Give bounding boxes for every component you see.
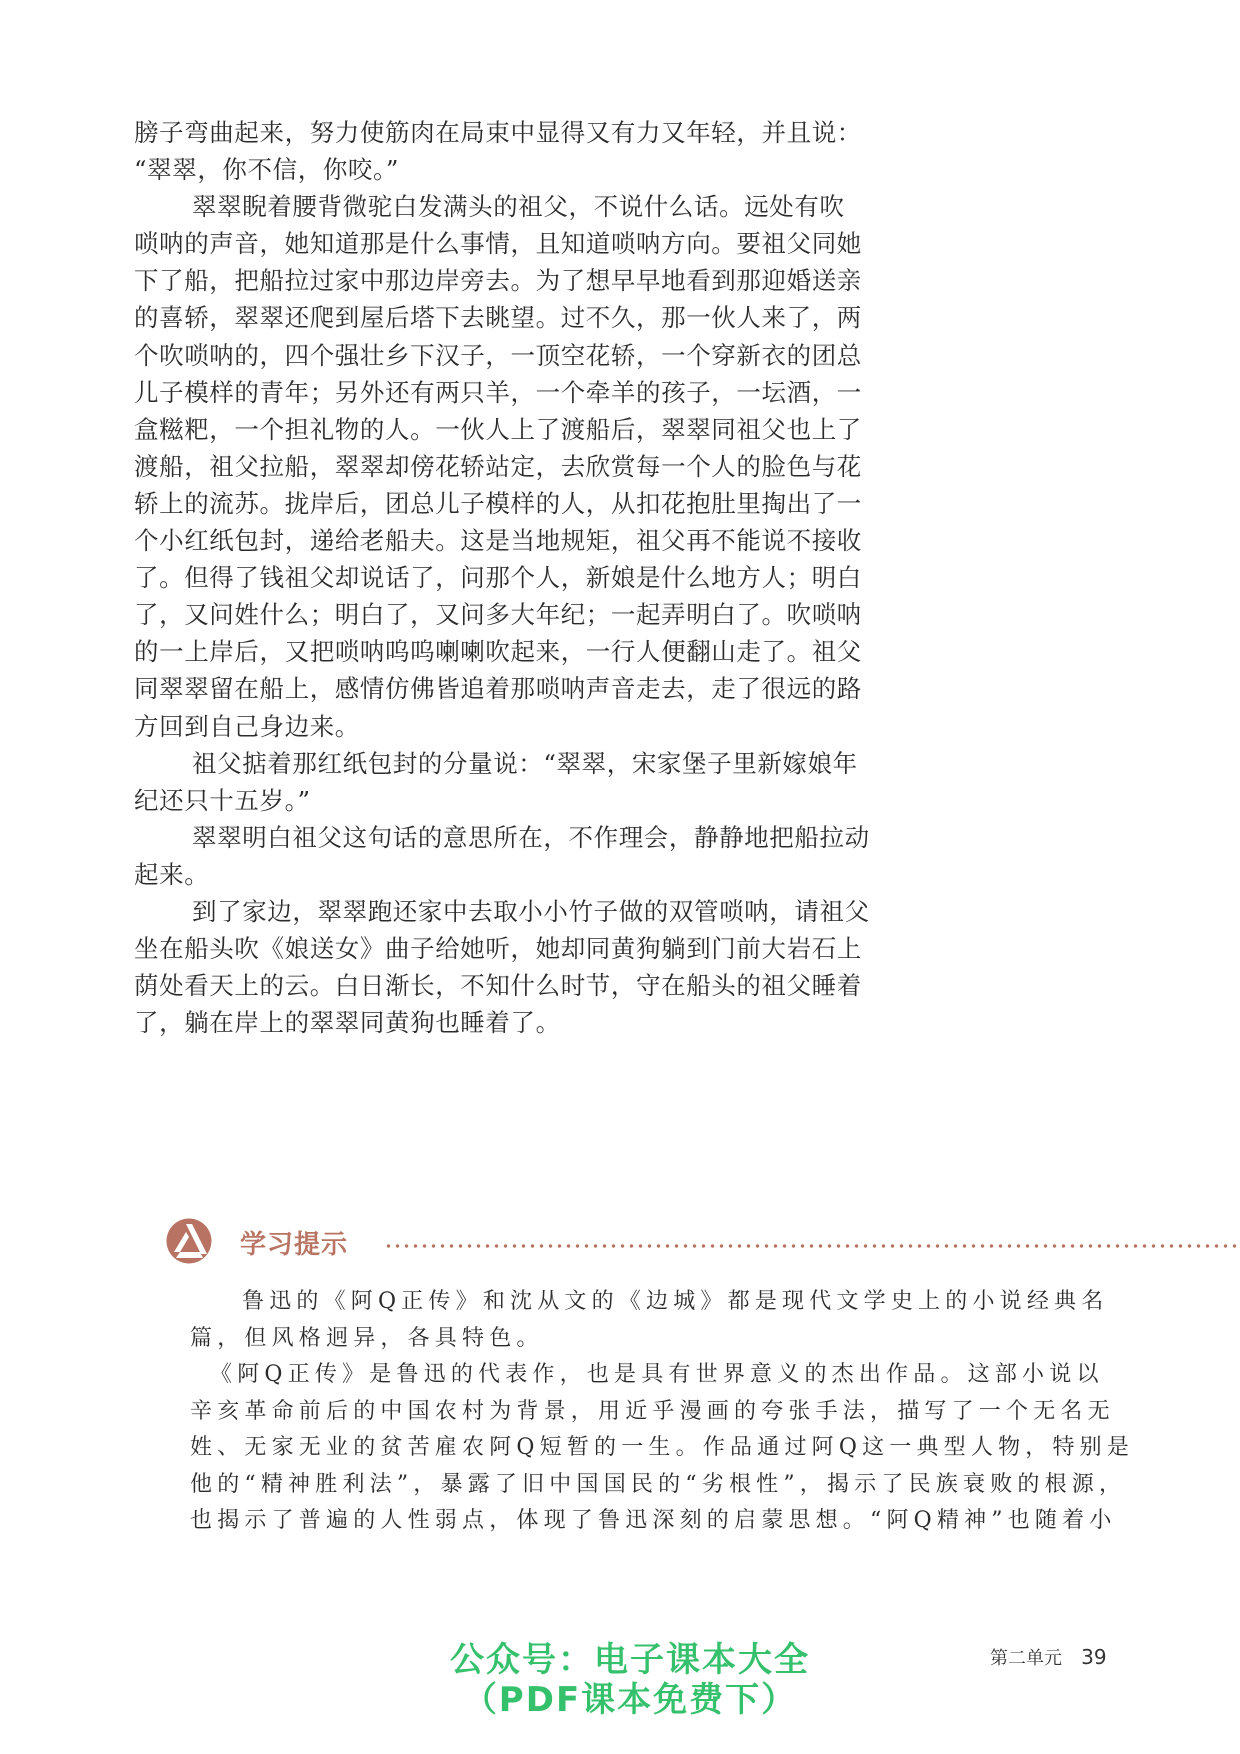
learning-tips-triangle-icon: [166, 1218, 212, 1264]
text-line: 的一上岸后，又把唢呐呜呜喇喇吹起来，一行人便翻山走了。祖父: [134, 633, 874, 670]
text-line: 膀子弯曲起来，努力使筋肉在局束中显得又有力又年轻，并且说：: [134, 114, 874, 151]
text-line: 了。但得了钱祖父却说话了，问那个人，新娘是什么地方人；明白: [134, 559, 874, 596]
text-line: 儿子模样的青年；另外还有两只羊，一个牵羊的孩子，一坛酒，一: [134, 374, 874, 411]
text-line: 个吹唢呐的，四个强壮乡下汉子，一顶空花轿，一个穿新衣的团总: [134, 337, 874, 374]
text-line: “翠翠，你不信，你咬。”: [134, 151, 874, 188]
text-line: 同翠翠留在船上，感情仿佛皆追着那唢呐声音走去，走了很远的路: [134, 670, 874, 707]
text-line: 了，躺在岸上的翠翠同黄狗也睡着了。: [134, 1004, 874, 1041]
learning-tips-header: 学习提示: [166, 1218, 1126, 1268]
text-line: 轿上的流苏。拢岸后，团总儿子模样的人，从扣花抱肚里掏出了一: [134, 485, 874, 522]
page-footer: 第二单元 39: [990, 1644, 1107, 1670]
dotted-divider: [384, 1244, 1240, 1248]
tips-line: 也揭示了普遍的人性弱点，体现了鲁迅深刻的启蒙思想。“阿Q精神”也随着小: [190, 1503, 1090, 1540]
text-line: 的喜轿，翠翠还爬到屋后塔下去眺望。过不久，那一伙人来了，两: [134, 299, 874, 336]
tips-line: 他的“精神胜利法”，暴露了旧中国国民的“劣根性”，揭示了民族衰败的根源，: [190, 1467, 1090, 1504]
text-line: 祖父掂着那红纸包封的分量说：“翠翠，宋家堡子里新嫁娘年: [134, 745, 874, 782]
text-line: 翠翠睨着腰背微驼白发满头的祖父，不说什么话。远处有吹: [134, 188, 874, 225]
story-excerpt: 膀子弯曲起来，努力使筋肉在局束中显得又有力又年轻，并且说： “翠翠，你不信，你咬…: [134, 114, 874, 1041]
text-line: 坐在船头吹《娘送女》曲子给她听，她却同黄狗躺到门前大岩石上: [134, 930, 874, 967]
text-line: 下了船，把船拉过家中那边岸旁去。为了想早早地看到那迎婚送亲: [134, 262, 874, 299]
tips-line: 鲁迅的《阿Q正传》和沈从文的《边城》都是现代文学史上的小说经典名: [190, 1284, 1090, 1321]
text-line: 方回到自己身边来。: [134, 708, 874, 745]
text-line: 了，又问姓什么；明白了，又问多大年纪；一起弄明白了。吹唢呐: [134, 596, 874, 633]
textbook-page: 膀子弯曲起来，努力使筋肉在局束中显得又有力又年轻，并且说： “翠翠，你不信，你咬…: [0, 0, 1240, 1754]
text-line: 到了家边，翠翠跑还家中去取小小竹子做的双管唢呐，请祖父: [134, 893, 874, 930]
text-line: 唢呐的声音，她知道那是什么事情，且知道唢呐方向。要祖父同她: [134, 225, 874, 262]
tips-line: 篇，但风格迥异，各具特色。: [190, 1321, 1090, 1358]
unit-label: 第二单元: [990, 1648, 1062, 1669]
learning-tips-title: 学习提示: [240, 1224, 348, 1261]
text-line: 渡船，祖父拉船，翠翠却傍花轿站定，去欣赏每一个人的脸色与花: [134, 448, 874, 485]
page-number: 39: [1081, 1645, 1106, 1669]
watermark-line-1: 公众号：电子课本大全: [440, 1640, 820, 1680]
text-line: 纪还只十五岁。”: [134, 782, 874, 819]
learning-tips-body: 鲁迅的《阿Q正传》和沈从文的《边城》都是现代文学史上的小说经典名 篇，但风格迥异…: [190, 1284, 1090, 1540]
watermark: 公众号：电子课本大全 （PDF课本免费下）: [440, 1640, 820, 1720]
watermark-line-2: （PDF课本免费下）: [440, 1680, 820, 1720]
text-line: 荫处看天上的云。白日渐长，不知什么时节，守在船头的祖父睡着: [134, 967, 874, 1004]
text-line: 个小红纸包封，递给老船夫。这是当地规矩，祖父再不能说不接收: [134, 522, 874, 559]
text-line: 起来。: [134, 856, 874, 893]
text-line: 翠翠明白祖父这句话的意思所在，不作理会，静静地把船拉动: [134, 819, 874, 856]
tips-line: 辛亥革命前后的中国农村为背景，用近乎漫画的夸张手法，描写了一个无名无: [190, 1394, 1090, 1431]
tips-line: 《阿Q正传》是鲁迅的代表作，也是具有世界意义的杰出作品。这部小说以: [190, 1357, 1090, 1394]
tips-line: 姓、无家无业的贫苦雇农阿Q短暂的一生。作品通过阿Q这一典型人物，特别是: [190, 1430, 1090, 1467]
text-line: 盒糍粑，一个担礼物的人。一伙人上了渡船后，翠翠同祖父也上了: [134, 411, 874, 448]
